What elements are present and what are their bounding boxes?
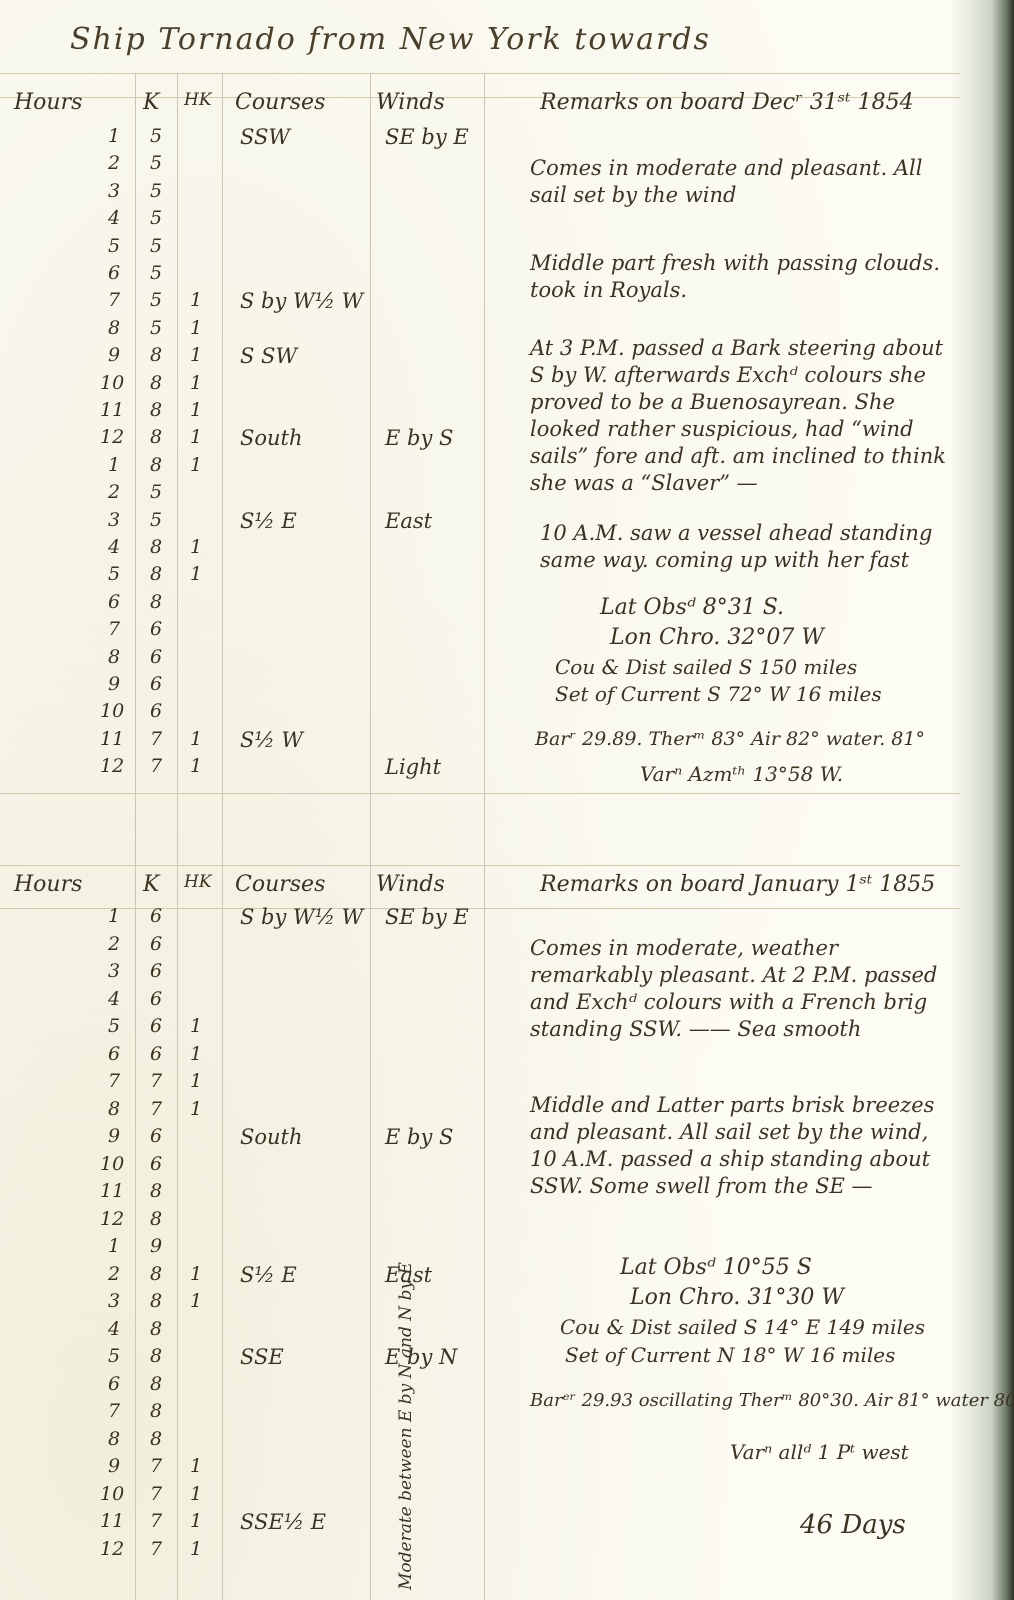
course-cell: S½ W <box>240 728 303 752</box>
knots-cell: 5 <box>150 180 162 202</box>
wind-cell: SE by E <box>385 125 469 149</box>
course-cell: South <box>240 426 303 450</box>
half-knots-cell: 1 <box>190 317 202 339</box>
hour-cell: 11 <box>100 399 124 421</box>
hour-cell: 11 <box>100 728 124 750</box>
knots-cell: 8 <box>150 1428 162 1450</box>
knots-cell: 8 <box>150 1263 162 1285</box>
hour-cell: 12 <box>100 1208 124 1230</box>
hour-cell: 8 <box>108 646 120 668</box>
hour-cell: 6 <box>108 262 120 284</box>
half-knots-cell: 1 <box>190 1070 202 1092</box>
header-remarks: Remarks on board January 1ˢᵗ 1855 <box>540 872 935 897</box>
knots-cell: 5 <box>150 235 162 257</box>
knots-cell: 7 <box>150 1510 162 1532</box>
knots-cell: 6 <box>150 700 162 722</box>
log-page: Ship Tornado from New York towards Hours… <box>0 0 1014 1600</box>
hour-cell: 1 <box>108 905 120 927</box>
knots-cell: 7 <box>150 1070 162 1092</box>
course-cell: S½ E <box>240 1263 297 1287</box>
wind-cell: SE by E <box>385 905 469 929</box>
latitude-observed: Lat Obsᵈ 10°55 S <box>620 1255 812 1280</box>
half-knots-cell: 1 <box>190 1455 202 1477</box>
latitude-observed: Lat Obsᵈ 8°31 S. <box>600 595 784 620</box>
hour-cell: 12 <box>100 1538 124 1560</box>
half-knots-cell: 1 <box>190 1098 202 1120</box>
knots-cell: 7 <box>150 728 162 750</box>
hour-cell: 5 <box>108 563 120 585</box>
knots-cell: 8 <box>150 563 162 585</box>
hour-cell: 9 <box>108 1125 120 1147</box>
column-rule <box>135 73 136 1600</box>
knots-cell: 5 <box>150 317 162 339</box>
knots-cell: 7 <box>150 1098 162 1120</box>
knots-cell: 7 <box>150 755 162 777</box>
hour-cell: 7 <box>108 1070 120 1092</box>
knots-cell: 6 <box>150 618 162 640</box>
hour-cell: 9 <box>108 344 120 366</box>
knots-cell: 8 <box>150 426 162 448</box>
rule-line <box>0 73 960 74</box>
remark-paragraph: Middle part fresh with passing clouds. t… <box>530 250 960 304</box>
half-knots-cell: 1 <box>190 536 202 558</box>
remark-paragraph: Comes in moderate, weather remarkably pl… <box>530 935 960 1043</box>
variation: Varⁿ allᵈ 1 Pᵗ west <box>730 1440 909 1464</box>
half-knots-cell: 1 <box>190 1015 202 1037</box>
header-knots: K <box>143 90 159 115</box>
knots-cell: 8 <box>150 1180 162 1202</box>
course-cell: S½ E <box>240 509 297 533</box>
hour-cell: 2 <box>108 933 120 955</box>
knots-cell: 5 <box>150 481 162 503</box>
knots-cell: 8 <box>150 454 162 476</box>
knots-cell: 8 <box>150 1290 162 1312</box>
header-winds: Winds <box>376 872 445 897</box>
knots-cell: 8 <box>150 1400 162 1422</box>
half-knots-cell: 1 <box>190 1290 202 1312</box>
knots-cell: 7 <box>150 1538 162 1560</box>
barometer-reading: Barʳ 29.89. Therᵐ 83° Air 82° water. 81° <box>535 728 925 750</box>
half-knots-cell: 1 <box>190 563 202 585</box>
hour-cell: 1 <box>108 125 120 147</box>
knots-cell: 6 <box>150 933 162 955</box>
remark-paragraph: At 3 P.M. passed a Bark steering about S… <box>530 335 960 497</box>
knots-cell: 6 <box>150 673 162 695</box>
half-knots-cell: 1 <box>190 755 202 777</box>
knots-cell: 8 <box>150 399 162 421</box>
knots-cell: 6 <box>150 646 162 668</box>
hour-cell: 2 <box>108 481 120 503</box>
half-knots-cell: 1 <box>190 1538 202 1560</box>
hour-cell: 4 <box>108 988 120 1010</box>
knots-cell: 7 <box>150 1483 162 1505</box>
course-cell: South <box>240 1125 303 1149</box>
hour-cell: 6 <box>108 1373 120 1395</box>
course-cell: S SW <box>240 344 297 368</box>
wind-cell: Light <box>385 755 441 779</box>
remark-paragraph: Middle and Latter parts brisk breezes an… <box>530 1092 960 1200</box>
book-gutter <box>950 0 1014 1600</box>
hour-cell: 10 <box>100 700 124 722</box>
knots-cell: 6 <box>150 905 162 927</box>
wind-cell: E by S <box>385 426 453 450</box>
hour-cell: 12 <box>100 426 124 448</box>
rule-line <box>0 908 960 909</box>
course-cell: SSE <box>240 1345 284 1369</box>
hour-cell: 10 <box>100 1153 124 1175</box>
hour-cell: 8 <box>108 317 120 339</box>
hour-cell: 9 <box>108 673 120 695</box>
header-hours: Hours <box>14 872 82 897</box>
header-remarks: Remarks on board Decʳ 31ˢᵗ 1854 <box>540 90 914 115</box>
header-courses: Courses <box>235 872 325 897</box>
wind-cell: East <box>385 509 432 533</box>
knots-cell: 6 <box>150 1015 162 1037</box>
knots-cell: 6 <box>150 988 162 1010</box>
remark-paragraph: Comes in moderate and pleasant. All sail… <box>530 155 960 209</box>
header-winds: Winds <box>376 90 445 115</box>
course-distance: Cou & Dist sailed S 150 miles <box>555 655 857 679</box>
half-knots-cell: 1 <box>190 399 202 421</box>
header-hours: Hours <box>14 90 82 115</box>
course-distance: Cou & Dist sailed S 14° E 149 miles <box>560 1315 925 1339</box>
knots-cell: 5 <box>150 207 162 229</box>
hour-cell: 10 <box>100 372 124 394</box>
hour-cell: 11 <box>100 1510 124 1532</box>
knots-cell: 6 <box>150 960 162 982</box>
half-knots-cell: 1 <box>190 728 202 750</box>
header-half-knots: HK <box>184 90 212 110</box>
hour-cell: 2 <box>108 1263 120 1285</box>
header-courses: Courses <box>235 90 325 115</box>
header-knots: K <box>143 872 159 897</box>
wind-cell: E by S <box>385 1125 453 1149</box>
knots-cell: 8 <box>150 344 162 366</box>
half-knots-cell: 1 <box>190 289 202 311</box>
knots-cell: 5 <box>150 152 162 174</box>
column-rule <box>370 73 371 1600</box>
course-cell: S by W½ W <box>240 289 363 313</box>
hour-cell: 1 <box>108 454 120 476</box>
half-knots-cell: 1 <box>190 372 202 394</box>
remark-paragraph: 10 A.M. saw a vessel ahead standing same… <box>540 520 960 574</box>
hour-cell: 1 <box>108 1235 120 1257</box>
knots-cell: 8 <box>150 591 162 613</box>
hour-cell: 12 <box>100 755 124 777</box>
page-title: Ship Tornado from New York towards <box>70 22 711 57</box>
half-knots-cell: 1 <box>190 426 202 448</box>
half-knots-cell: 1 <box>190 1043 202 1065</box>
hour-cell: 7 <box>108 1400 120 1422</box>
knots-cell: 8 <box>150 1208 162 1230</box>
knots-cell: 6 <box>150 1153 162 1175</box>
half-knots-cell: 1 <box>190 454 202 476</box>
knots-cell: 5 <box>150 262 162 284</box>
hour-cell: 3 <box>108 509 120 531</box>
hour-cell: 3 <box>108 180 120 202</box>
longitude-chronometer: Lon Chro. 32°07 W <box>610 625 824 650</box>
set-of-current: Set of Current N 18° W 16 miles <box>565 1343 895 1367</box>
half-knots-cell: 1 <box>190 1483 202 1505</box>
knots-cell: 7 <box>150 1455 162 1477</box>
course-cell: S by W½ W <box>240 905 363 929</box>
knots-cell: 5 <box>150 125 162 147</box>
hour-cell: 5 <box>108 1015 120 1037</box>
column-rule <box>177 73 178 1600</box>
rule-line <box>0 865 960 866</box>
hour-cell: 6 <box>108 591 120 613</box>
hour-cell: 5 <box>108 235 120 257</box>
rule-line <box>0 793 960 794</box>
column-rule <box>484 73 485 1600</box>
hour-cell: 7 <box>108 289 120 311</box>
hour-cell: 7 <box>108 618 120 640</box>
hour-cell: 8 <box>108 1428 120 1450</box>
variation: Varⁿ Azmᵗʰ 13°58 W. <box>640 762 843 786</box>
days-at-sea: 46 Days <box>800 1510 906 1540</box>
hour-cell: 2 <box>108 152 120 174</box>
winds-note: Moderate between E by N and N by E <box>395 1410 417 1590</box>
knots-cell: 5 <box>150 289 162 311</box>
half-knots-cell: 1 <box>190 344 202 366</box>
hour-cell: 5 <box>108 1345 120 1367</box>
course-cell: SSE½ E <box>240 1510 326 1534</box>
knots-cell: 8 <box>150 372 162 394</box>
barometer-reading: Barᵉʳ 29.93 oscillating Therᵐ 80°30. Air… <box>530 1390 1014 1411</box>
hour-cell: 3 <box>108 960 120 982</box>
knots-cell: 5 <box>150 509 162 531</box>
knots-cell: 8 <box>150 1345 162 1367</box>
half-knots-cell: 1 <box>190 1510 202 1532</box>
hour-cell: 11 <box>100 1180 124 1202</box>
course-cell: SSW <box>240 125 290 149</box>
hour-cell: 9 <box>108 1455 120 1477</box>
hour-cell: 8 <box>108 1098 120 1120</box>
knots-cell: 8 <box>150 1318 162 1340</box>
half-knots-cell: 1 <box>190 1263 202 1285</box>
hour-cell: 4 <box>108 1318 120 1340</box>
hour-cell: 3 <box>108 1290 120 1312</box>
hour-cell: 4 <box>108 207 120 229</box>
hour-cell: 6 <box>108 1043 120 1065</box>
set-of-current: Set of Current S 72° W 16 miles <box>555 682 882 706</box>
knots-cell: 6 <box>150 1043 162 1065</box>
hour-cell: 4 <box>108 536 120 558</box>
knots-cell: 8 <box>150 536 162 558</box>
knots-cell: 8 <box>150 1373 162 1395</box>
column-rule <box>222 73 223 1600</box>
knots-cell: 9 <box>150 1235 162 1257</box>
knots-cell: 6 <box>150 1125 162 1147</box>
hour-cell: 10 <box>100 1483 124 1505</box>
header-half-knots: HK <box>184 872 212 892</box>
longitude-chronometer: Lon Chro. 31°30 W <box>630 1285 844 1310</box>
